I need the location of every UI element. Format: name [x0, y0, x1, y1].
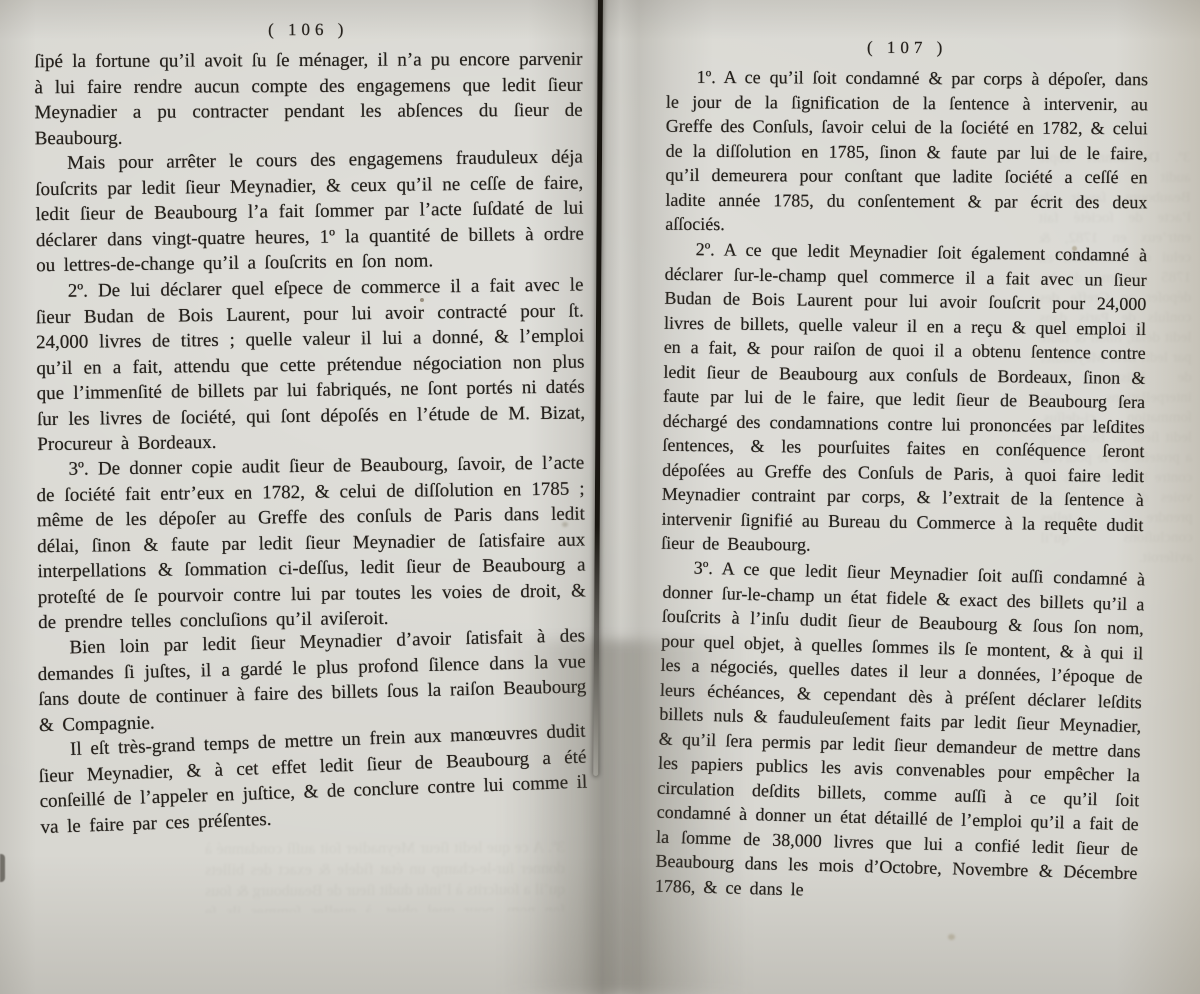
- page-107-number: ( 107 ): [666, 37, 1148, 60]
- paragraph-item-3: 3º. A ce que ledit ſieur Meynadier ſoit …: [655, 555, 1146, 910]
- paragraph-item-2: 2º. De lui déclarer quel eſpece de comme…: [35, 272, 585, 457]
- paragraph-item-2: 2º. A ce que ledit Meynadier ſoit égalem…: [661, 236, 1147, 561]
- paper-speck: [948, 934, 955, 940]
- page-edge-nick: [0, 854, 5, 882]
- paragraph-item-3: 3º. De donner copie audit ſieur de Beaub…: [36, 451, 586, 636]
- book-gutter-crease: [593, 0, 603, 776]
- paragraph: Il eſt très-grand temps de mettre un fre…: [37, 718, 588, 840]
- page-107: ( 107 ) 1º. A ce qu’il ſoit condamné & p…: [662, 37, 1149, 901]
- page-106: ( 106 ) ſipé la fortune qu’il avoit ſu ſ…: [34, 19, 586, 840]
- paragraph: Mais pour arrêter le cours des engagemen…: [35, 145, 585, 279]
- paragraph: Bien loin par ledit ſieur Meynadier d’av…: [37, 623, 587, 738]
- page-106-number: ( 106 ): [34, 19, 582, 41]
- paragraph-continuation: ſipé la fortune qu’il avoit ſu ſe ménage…: [34, 47, 582, 151]
- paragraph-item-1: 1º. A ce qu’il ſoit condamné & par corps…: [665, 65, 1148, 239]
- show-through-ghost-text: 3º. A ce que ledit ſieur Meynadier ſoit …: [205, 837, 565, 913]
- open-book-photo: 3º. A ce que ledit ſieur Meynadier ſoit …: [0, 0, 1200, 994]
